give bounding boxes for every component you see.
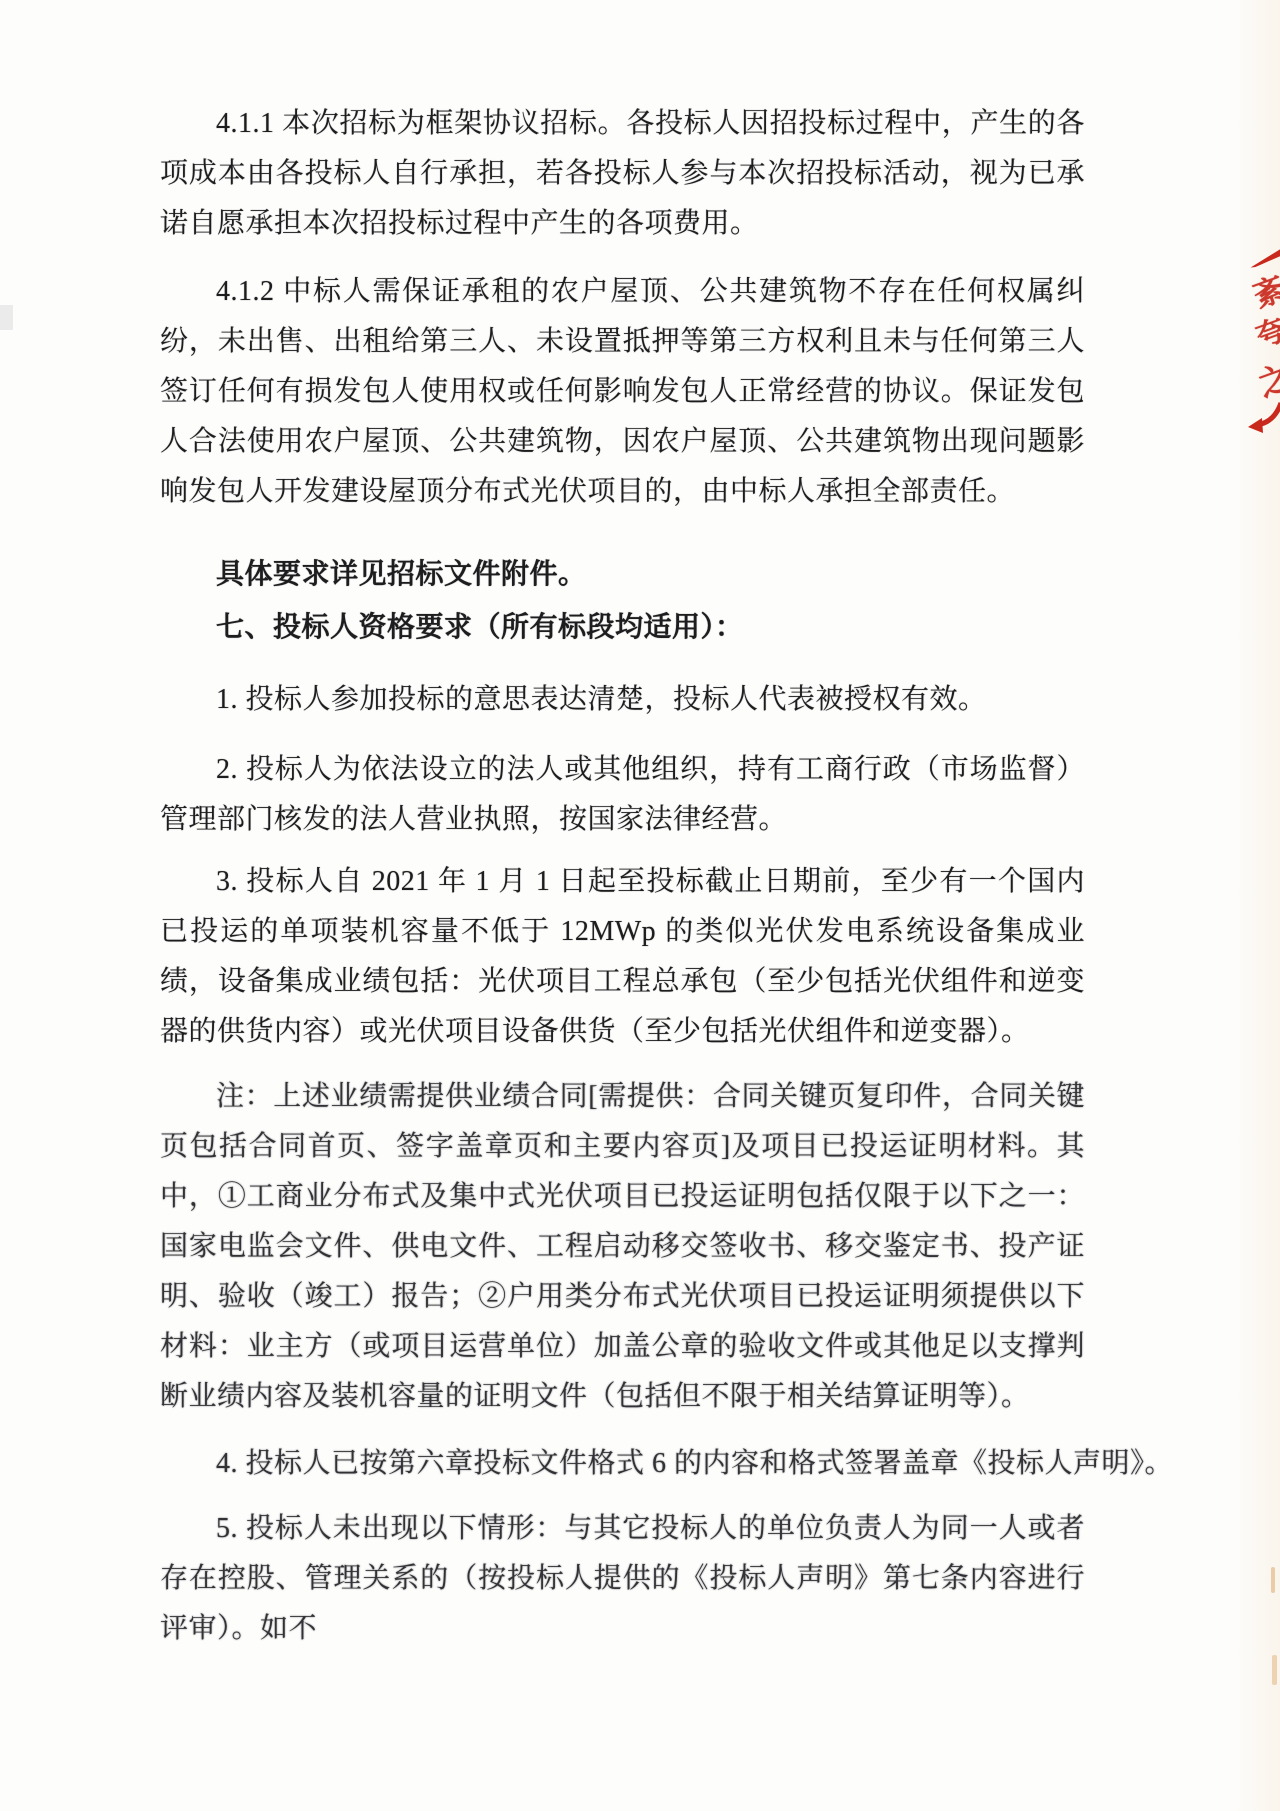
qualification-item-1: 1. 投标人参加投标的意思表达清楚，投标人代表被授权有效。: [160, 675, 1085, 725]
red-seal-stamp-fragment: 紊 夸 之: [1246, 243, 1280, 439]
qualification-item-2: 2. 投标人为依法设立的法人或其他组织，持有工商行政（市场监督）管理部门核发的法…: [160, 745, 1085, 845]
clause-4-1-2: 4.1.2 中标人需保证承租的农户屋顶、公共建筑物不存在任何权属纠纷，未出售、出…: [160, 267, 1085, 517]
stamp-glyph: 夸: [1250, 307, 1280, 355]
scan-artifact-mark: [1272, 1655, 1277, 1685]
qualification-item-3: 3. 投标人自 2021 年 1 月 1 日起至投标截止日期前，至少有一个国内已…: [160, 857, 1085, 1057]
stamp-curve-stroke: [1248, 401, 1280, 439]
scanned-document-page: 4.1.1 本次招标为框架协议招标。各投标人因招投标过程中，产生的各项成本由各投…: [0, 0, 1280, 1811]
qualification-item-4: 4. 投标人已按第六章投标文件格式 6 的内容和格式签署盖章《投标人声明》。: [160, 1439, 1085, 1489]
attachment-note: 具体要求详见招标文件附件。: [160, 550, 1085, 600]
scan-artifact-smudge: [0, 305, 13, 330]
clause-4-1-1: 4.1.1 本次招标为框架协议招标。各投标人因招投标过程中，产生的各项成本由各投…: [160, 99, 1085, 249]
stamp-glyph: 之: [1251, 351, 1280, 406]
qualification-item-5: 5. 投标人未出现以下情形：与其它投标人的单位负责人为同一人或者存在控股、管理关…: [160, 1504, 1085, 1654]
section-7-heading: 七、投标人资格要求（所有标段均适用）：: [160, 603, 1085, 653]
scan-artifact-mark: [1271, 1567, 1275, 1593]
performance-note: 注：上述业绩需提供业绩合同[需提供：合同关键页复印件，合同关键页包括合同首页、签…: [160, 1072, 1085, 1422]
